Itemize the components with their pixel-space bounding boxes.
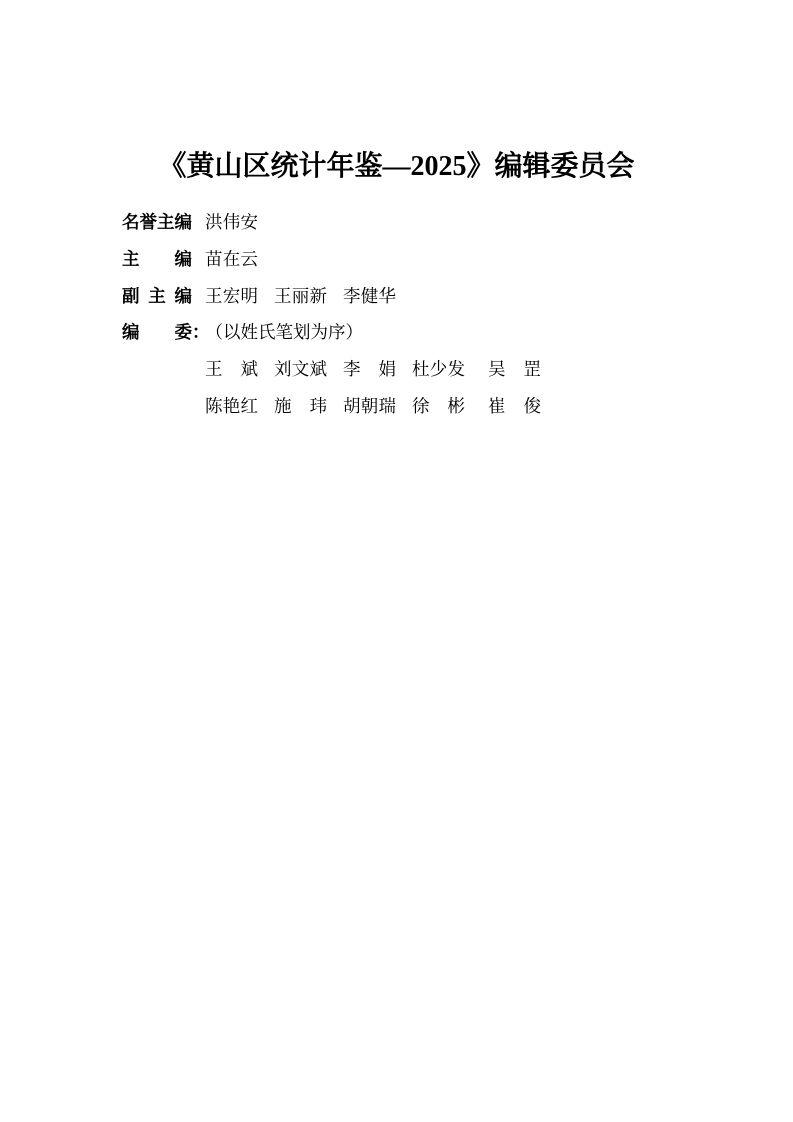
document-page: 《黄山区统计年鉴—2025》编辑委员会 名誉主编 洪伟安 主编 苗在云 副主编 … [0, 0, 793, 1122]
committee-row-honorary-chief-editor: 名誉主编 洪伟安 [122, 211, 258, 233]
name-list: 洪伟安 [205, 211, 258, 233]
person-name: 崔俊 [488, 395, 541, 417]
person-name: 杜少发 [412, 358, 465, 380]
person-name: 李娟 [343, 358, 396, 380]
name-list: 王宏明 王丽新 李健华 [205, 285, 396, 307]
person-name: 施玮 [274, 395, 327, 417]
person-name: 刘文斌 [274, 358, 327, 380]
role-label-chief-editor: 主编 [122, 248, 192, 270]
person-name: 李健华 [343, 285, 396, 307]
committee-row-editorial-board: 编委 ： （以姓氏笔划为序） [122, 321, 363, 343]
person-name: 吴罡 [488, 358, 541, 380]
sort-order-note: （以姓氏笔划为序） [206, 321, 364, 343]
person-name: 洪伟安 [205, 211, 258, 233]
role-label-honorary-chief-editor: 名誉主编 [122, 211, 192, 233]
person-name: 胡朝瑞 [343, 395, 396, 417]
members-row-1: 王斌 刘文斌 李娟 杜少发 吴罡 [205, 358, 541, 380]
role-label-editorial-board: 编委 [122, 321, 192, 343]
role-label-deputy-chief-editor: 副主编 [122, 285, 192, 307]
person-name: 苗在云 [205, 248, 258, 270]
members-row-2: 陈艳红 施玮 胡朝瑞 徐彬 崔俊 [205, 395, 541, 417]
person-name: 徐彬 [412, 395, 465, 417]
person-name: 陈艳红 [205, 395, 258, 417]
person-name: 王宏明 [205, 285, 258, 307]
committee-row-deputy-chief-editors: 副主编 王宏明 王丽新 李健华 [122, 285, 396, 307]
name-list: 苗在云 [205, 248, 258, 270]
committee-row-chief-editor: 主编 苗在云 [122, 248, 258, 270]
person-name: 王斌 [205, 358, 258, 380]
page-title: 《黄山区统计年鉴—2025》编辑委员会 [0, 150, 793, 184]
person-name: 王丽新 [274, 285, 327, 307]
